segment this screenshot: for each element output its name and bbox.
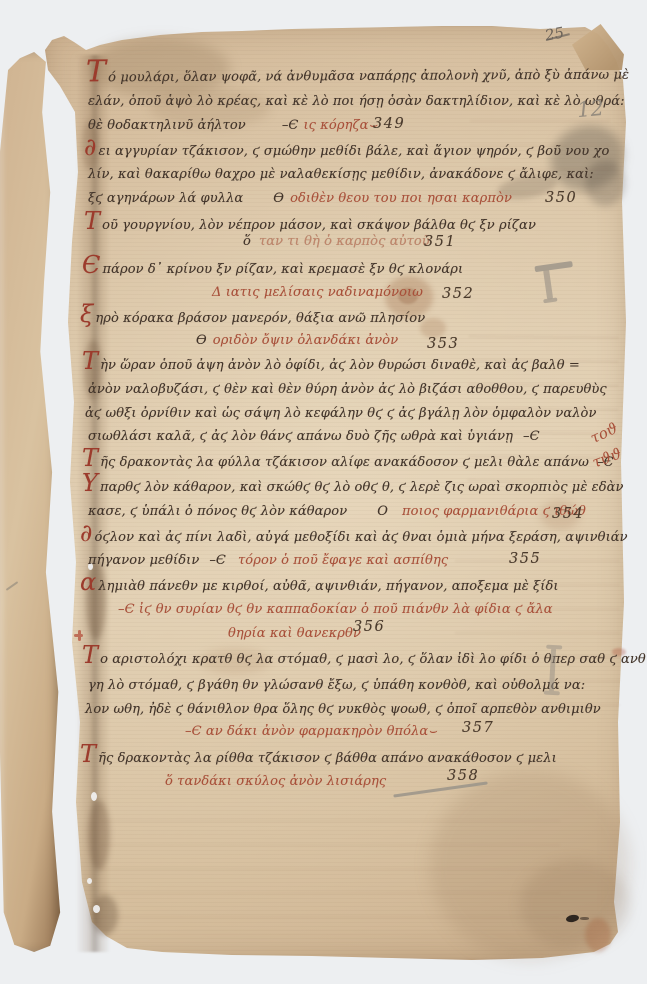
facing-leaf-edge <box>0 52 62 952</box>
manuscript-page-sheet <box>42 22 630 962</box>
manuscript-scan: Τό μουλάρι, ὅλαν ψοφᾶ, νά ἀνθυμᾶσα ναπάρ… <box>0 0 647 984</box>
